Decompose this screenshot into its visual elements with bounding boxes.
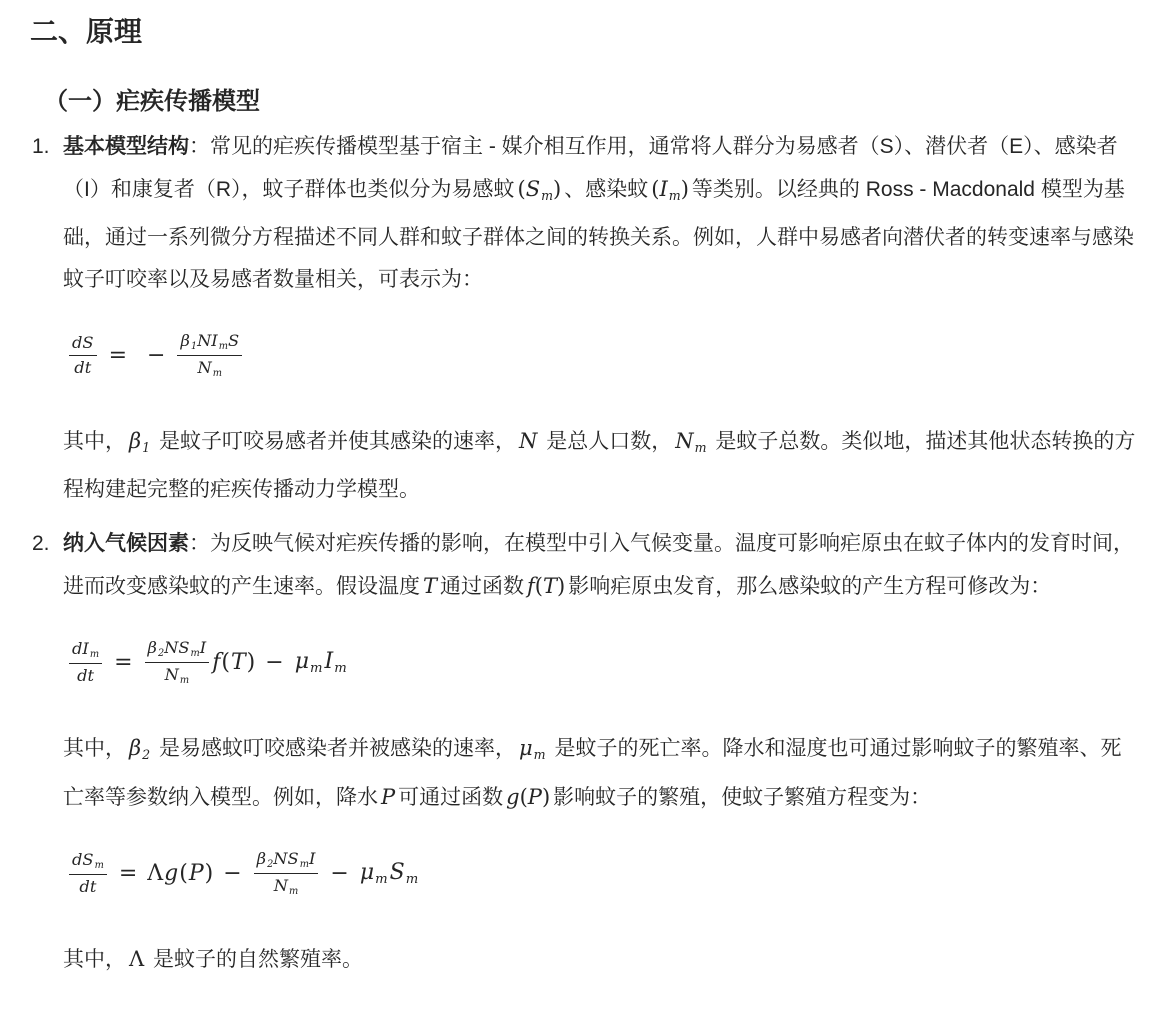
math-variable: T: [231, 650, 246, 675]
math-subscript: m: [310, 661, 323, 676]
math-upright: Λ: [129, 947, 144, 971]
text-run: 影响蚊子的繁殖，使蚊子繁殖方程变为：: [553, 786, 931, 809]
inline-math: Λ: [126, 947, 147, 971]
math-subscript: m: [669, 188, 681, 203]
math-subscript: m: [95, 860, 104, 871]
math-operator: =: [114, 650, 132, 675]
math-subscript: m: [289, 886, 298, 897]
math-variable: f: [527, 574, 535, 598]
math-variable: I: [200, 638, 206, 657]
math-subscript: m: [191, 648, 200, 659]
fraction-numerator: dSm: [69, 850, 107, 875]
math-upright: ): [557, 574, 565, 598]
math-variable: dt: [74, 358, 91, 377]
math-subscript: m: [406, 872, 419, 887]
math-variable: T: [423, 574, 437, 598]
text-run: 其中，: [63, 737, 126, 760]
formula-block: dImdt=β2NSmINmf(T)−μmIm: [63, 638, 1139, 687]
inline-math: β2: [126, 736, 153, 760]
fraction-denominator: dt: [77, 664, 94, 686]
math-operator: =: [119, 861, 137, 886]
inline-math: P: [378, 785, 398, 809]
text-run: 是蚊子叮咬易感者并使其感染的速率，: [153, 430, 516, 453]
math-variable: β2: [257, 849, 274, 868]
fraction: dImdt: [69, 639, 102, 686]
math-variable: β2: [129, 736, 150, 760]
text-run: 是总人口数，: [540, 430, 672, 453]
list-item-body: 基本模型结构：常见的疟疾传播模型基于宿主 - 媒介相互作用，通常将人群分为易感者…: [63, 126, 1139, 511]
math-variable: Nm: [198, 358, 222, 377]
math-operator: −: [265, 650, 283, 675]
math-upright: (: [221, 650, 230, 675]
math-variable: Im: [211, 331, 228, 350]
math-subscript: m: [541, 188, 553, 203]
fraction-denominator: dt: [79, 875, 96, 897]
math-variable: dt: [77, 666, 94, 685]
inline-math: N: [516, 429, 540, 453]
math-variable: Sm: [526, 177, 553, 201]
paragraph: 纳入气候因素：为反映气候对疟疾传播的影响，在模型中引入气候变量。温度可影响疟原虫…: [63, 523, 1139, 608]
math-subscript: m: [695, 440, 707, 455]
math-subscript: m: [213, 368, 222, 379]
text-run: 、感染蚊: [564, 178, 648, 201]
math-upright: (: [518, 177, 526, 201]
inline-math: (Sm): [515, 177, 565, 201]
formula-block: dSdt=−β1NImSNm: [63, 331, 1139, 380]
inline-math: β1: [126, 429, 153, 453]
fraction: dSdt: [69, 333, 97, 379]
math-variable: N: [519, 429, 537, 453]
inline-math: f(T): [524, 574, 568, 598]
math-variable: P: [528, 785, 542, 809]
page-title: 二、原理: [30, 14, 1144, 50]
fraction-numerator: β2NSmI: [254, 849, 319, 874]
math-variable: dIm: [72, 639, 99, 658]
math-variable: Nm: [675, 429, 706, 453]
fraction: β2NSmINm: [254, 849, 319, 898]
math-upright: (: [520, 785, 528, 809]
fraction-denominator: Nm: [198, 356, 222, 380]
math-subscript: 2: [142, 747, 150, 762]
math-upright: (: [535, 574, 543, 598]
text-run: 影响疟原虫发育，那么感染蚊的产生方程可修改为：: [568, 575, 1051, 598]
math-variable: N: [164, 638, 178, 657]
fraction-numerator: dIm: [69, 639, 102, 664]
math-variable: f: [212, 650, 220, 675]
math-variable: P: [381, 785, 395, 809]
math-variable: Im: [659, 177, 680, 201]
math-variable: Im: [325, 649, 347, 676]
math-variable: I: [309, 849, 315, 868]
math-subscript: m: [90, 649, 99, 660]
math-subscript: m: [534, 747, 546, 762]
text-run: 其中，: [63, 430, 126, 453]
math-upright: ): [542, 785, 550, 809]
math-variable: μm: [295, 649, 323, 676]
math-subscript: m: [334, 661, 347, 676]
list-marker: 1.: [30, 126, 63, 511]
math-upright: ): [205, 861, 214, 886]
math-variable: N: [273, 849, 287, 868]
fraction-numerator: dS: [69, 333, 97, 356]
fraction: β1NImSNm: [177, 331, 242, 380]
math-subscript: 1: [142, 440, 150, 455]
math-variable: g: [164, 861, 178, 886]
math-operator: =: [109, 343, 127, 368]
list-item-body: 纳入气候因素：为反映气候对疟疾传播的影响，在模型中引入气候变量。温度可影响疟原虫…: [63, 523, 1139, 981]
paragraph: 其中，β1 是蚊子叮咬易感者并使其感染的速率，N 是总人口数，Nm 是蚊子总数。…: [63, 420, 1139, 511]
math-variable: μm: [519, 736, 546, 760]
fraction-numerator: β2NSmI: [145, 638, 210, 663]
math-upright: (: [179, 861, 188, 886]
math-variable: T: [543, 574, 557, 598]
math-variable: μm: [360, 860, 388, 887]
math-upright: ): [553, 177, 561, 201]
math-operator: −: [147, 343, 165, 368]
math-upright: ): [247, 650, 256, 675]
math-variable: S: [228, 331, 239, 350]
math-operator: −: [223, 861, 241, 886]
text-run: 是蚊子的自然繁殖率。: [147, 948, 363, 971]
text-run: 其中，: [63, 948, 126, 971]
text-run: 是易感蚊叮咬感染者并被感染的速率，: [153, 737, 516, 760]
paragraph: 其中，β2 是易感蚊叮咬感染者并被感染的速率，μm 是蚊子的死亡率。降水和湿度也…: [63, 727, 1139, 819]
math-subscript: m: [375, 872, 388, 887]
math-variable: β1: [129, 429, 150, 453]
math-subscript: m: [180, 675, 189, 686]
math-subscript: m: [300, 859, 309, 870]
math-variable: Sm: [178, 638, 199, 657]
math-variable: P: [189, 861, 204, 886]
math-variable: dSm: [72, 850, 104, 869]
formula-block: dSmdt=Λg(P)−β2NSmINm−μmSm: [63, 849, 1139, 898]
math-variable: dt: [79, 877, 96, 896]
math-variable: Nm: [165, 665, 189, 684]
inline-math: g(P): [503, 785, 553, 809]
fraction-denominator: Nm: [165, 663, 189, 687]
section-heading: （一）疟疾传播模型: [44, 86, 1144, 118]
math-operator: −: [330, 861, 348, 886]
list-item: 1.基本模型结构：常见的疟疾传播模型基于宿主 - 媒介相互作用，通常将人群分为易…: [30, 126, 1144, 511]
inline-math: Nm: [672, 429, 709, 453]
fraction: dSmdt: [69, 850, 107, 897]
fraction: β2NSmINm: [145, 638, 210, 687]
math-variable: Sm: [390, 860, 419, 887]
fraction-denominator: dt: [74, 356, 91, 378]
math-variable: dS: [72, 333, 94, 352]
fraction-numerator: β1NImS: [177, 331, 242, 356]
list-item: 2.纳入气候因素：为反映气候对疟疾传播的影响，在模型中引入气候变量。温度可影响疟…: [30, 523, 1144, 981]
paragraph: 基本模型结构：常见的疟疾传播模型基于宿主 - 媒介相互作用，通常将人群分为易感者…: [63, 126, 1139, 301]
math-variable: N: [197, 331, 211, 350]
document-page: 二、原理 （一）疟疾传播模型 1.基本模型结构：常见的疟疾传播模型基于宿主 - …: [0, 0, 1164, 1021]
math-variable: β1: [180, 331, 197, 350]
paragraph: 其中，Λ 是蚊子的自然繁殖率。: [63, 938, 1139, 981]
text-run: 可通过函数: [398, 786, 503, 809]
inline-math: (Im): [648, 177, 692, 201]
text-run: 通过函数: [440, 575, 524, 598]
bold-text: 纳入气候因素: [63, 532, 189, 555]
content-list: 1.基本模型结构：常见的疟疾传播模型基于宿主 - 媒介相互作用，通常将人群分为易…: [30, 126, 1144, 981]
inline-math: T: [420, 574, 440, 598]
inline-math: μm: [516, 736, 549, 760]
math-variable: Nm: [274, 876, 298, 895]
math-subscript: m: [219, 341, 228, 352]
math-upright: Λ: [147, 861, 163, 886]
bold-text: 基本模型结构: [63, 135, 189, 158]
math-upright: ): [681, 177, 689, 201]
math-variable: Sm: [288, 849, 309, 868]
fraction-denominator: Nm: [274, 874, 298, 898]
list-marker: 2.: [30, 523, 63, 981]
math-variable: g: [506, 785, 519, 809]
math-variable: β2: [148, 638, 165, 657]
